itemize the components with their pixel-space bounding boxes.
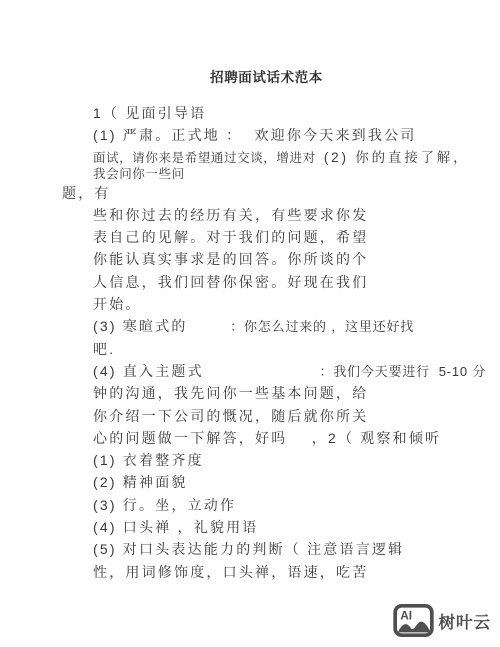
- doc-line-segment: ：你怎么过来的 ，这里还好找: [230, 319, 414, 334]
- document-title: 招聘面试话术范本: [0, 66, 500, 86]
- doc-line: (2) 精神面貌: [93, 474, 493, 496]
- doc-line: (1) 严肃。正式地 ： 欢迎你今天来到我公司: [93, 127, 493, 149]
- doc-line-segment: ：我们今天要进行 5-10 分: [320, 364, 487, 379]
- doc-line: (5) 对口头表达能力的判断（ 注意语言逻辑: [93, 541, 493, 563]
- document-page: 招聘面试话术范本 1（ 见面引导语 (1) 严肃。正式地 ： 欢迎你今天来到我公…: [0, 0, 500, 647]
- doc-line: 些和你过去的经历有关，有些要求你发: [93, 207, 493, 229]
- ai-image-logo-icon: AI: [393, 604, 434, 637]
- doc-line: 钟的沟通，我先问你一些基本问题，给: [93, 385, 493, 407]
- doc-line: 你能认真实事求是的回答。你所谈的个: [93, 251, 493, 273]
- doc-line: 面试，请你来是希望通过交谈，增进对 (2) 你的直接了解，: [93, 150, 493, 168]
- watermark: AI 树叶云: [393, 604, 492, 637]
- doc-line: 性，用词修饰度，口头禅，语速，吃苦: [93, 564, 493, 586]
- doc-line-segment: (3) 寒暄式的: [93, 318, 230, 334]
- doc-line: 人信息，我们回替你保密。好现在我们: [93, 274, 493, 296]
- doc-line: (3) 寒暄式的 ：你怎么过来的 ，这里还好找: [93, 318, 493, 340]
- doc-line: 表自己的见解。对于我们的问题，希望: [93, 229, 493, 251]
- doc-line: 开始。: [93, 296, 493, 318]
- doc-line-segment: (2) 你的直接了解，: [324, 150, 470, 165]
- doc-line: (3) 行。坐，立动作: [93, 497, 493, 519]
- doc-line: 1（ 见面引导语: [93, 105, 493, 127]
- doc-line-segment: 面试，请你来是希望通过交谈，增进对: [93, 151, 324, 165]
- doc-line: 题，有: [62, 185, 493, 207]
- watermark-brand-text: 树叶云: [439, 609, 492, 633]
- document-body: 1（ 见面引导语 (1) 严肃。正式地 ： 欢迎你今天来到我公司 面试，请你来是…: [93, 105, 493, 586]
- doc-line: 心的问题做一下解答，好吗 ，2（ 观察和倾听: [93, 430, 493, 452]
- doc-line: (4) 直入主题式 ：我们今天要进行 5-10 分: [93, 363, 493, 385]
- ai-logo-text: AI: [400, 609, 412, 623]
- doc-line-segment: (4) 直入主题式: [93, 363, 320, 379]
- doc-line: 我会问你一些问: [93, 167, 493, 185]
- doc-line: (4) 口头禅 ，礼貌用语: [93, 519, 493, 541]
- doc-line: 你介绍一下公司的慨况，随后就你所关: [93, 408, 493, 430]
- doc-line: (1) 衣着整齐度: [93, 452, 493, 474]
- doc-line: 吧.: [93, 341, 493, 363]
